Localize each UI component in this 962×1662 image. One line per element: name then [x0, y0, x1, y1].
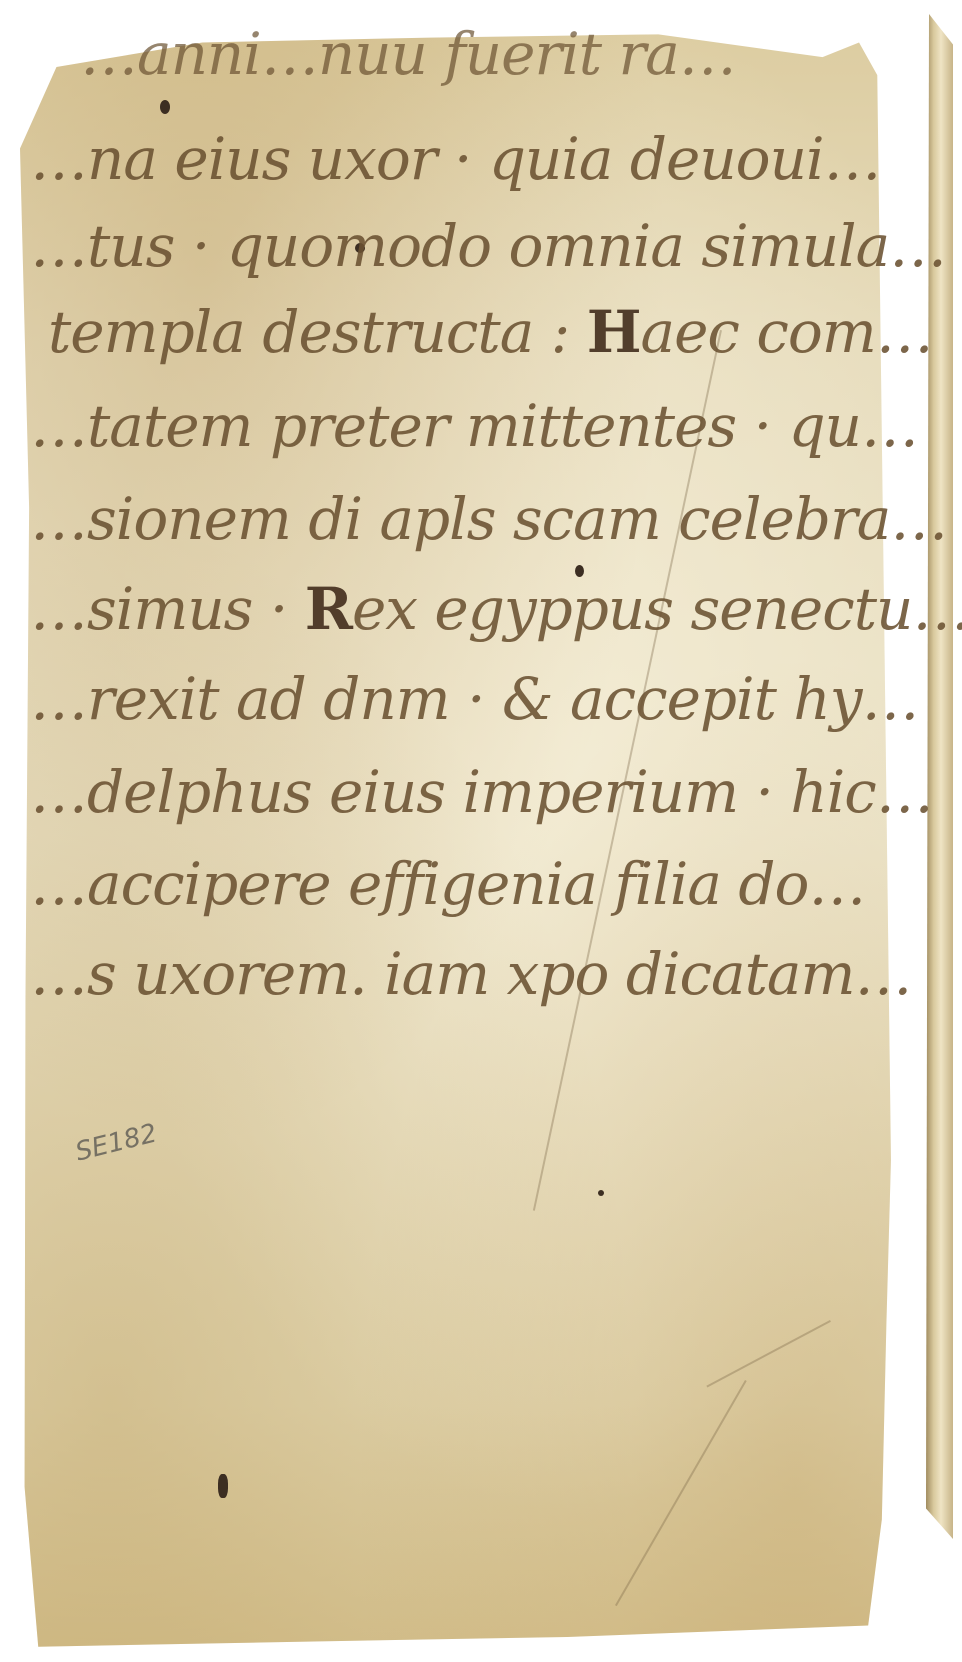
text-line-10: …accipere effigenia filia do…	[30, 850, 865, 918]
line-text: …tus · quomodo omnia simula…	[30, 212, 946, 280]
text-line-6: …sionem di apls scam celebra…	[30, 485, 947, 553]
text-line-2: …na eius uxor · quia deuoui…	[30, 125, 881, 193]
ink-blot	[218, 1474, 228, 1498]
line-text: …accipere effigenia filia do…	[30, 850, 865, 918]
line-text: …sionem di apls scam celebra…	[30, 485, 947, 553]
line-text: templa destructa :	[48, 298, 587, 366]
line-text: …rexit ad dnm · & accepit hy…	[30, 665, 918, 733]
decorated-initial: H	[587, 298, 641, 366]
decorated-initial: R	[305, 575, 352, 643]
ink-blot	[160, 100, 170, 114]
line-text: …simus ·	[30, 575, 305, 643]
line-text: …anni…nuu fuerit ra…	[80, 20, 736, 88]
line-text: …na eius uxor · quia deuoui…	[30, 125, 881, 193]
line-text: ex egyppus senectu…	[352, 575, 962, 643]
line-text: …tatem preter mittentes · qu…	[30, 392, 918, 460]
text-line-11: …s uxorem. iam xpo dicatam…	[30, 940, 912, 1008]
text-line-1: …anni…nuu fuerit ra…	[80, 20, 736, 88]
line-text: …s uxorem. iam xpo dicatam…	[30, 940, 912, 1008]
text-line-3: …tus · quomodo omnia simula…	[30, 212, 946, 280]
text-line-7: …simus · Rex egyppus senectu…	[30, 575, 962, 643]
ink-blot	[598, 1190, 604, 1196]
text-line-5: …tatem preter mittentes · qu…	[30, 392, 918, 460]
line-text: aec com…	[641, 298, 933, 366]
text-line-9: …delphus eius imperium · hic…	[30, 758, 933, 826]
line-text: …delphus eius imperium · hic…	[30, 758, 933, 826]
text-line-4: templa destructa : Haec com…	[48, 298, 933, 366]
text-line-8: …rexit ad dnm · & accepit hy…	[30, 665, 918, 733]
